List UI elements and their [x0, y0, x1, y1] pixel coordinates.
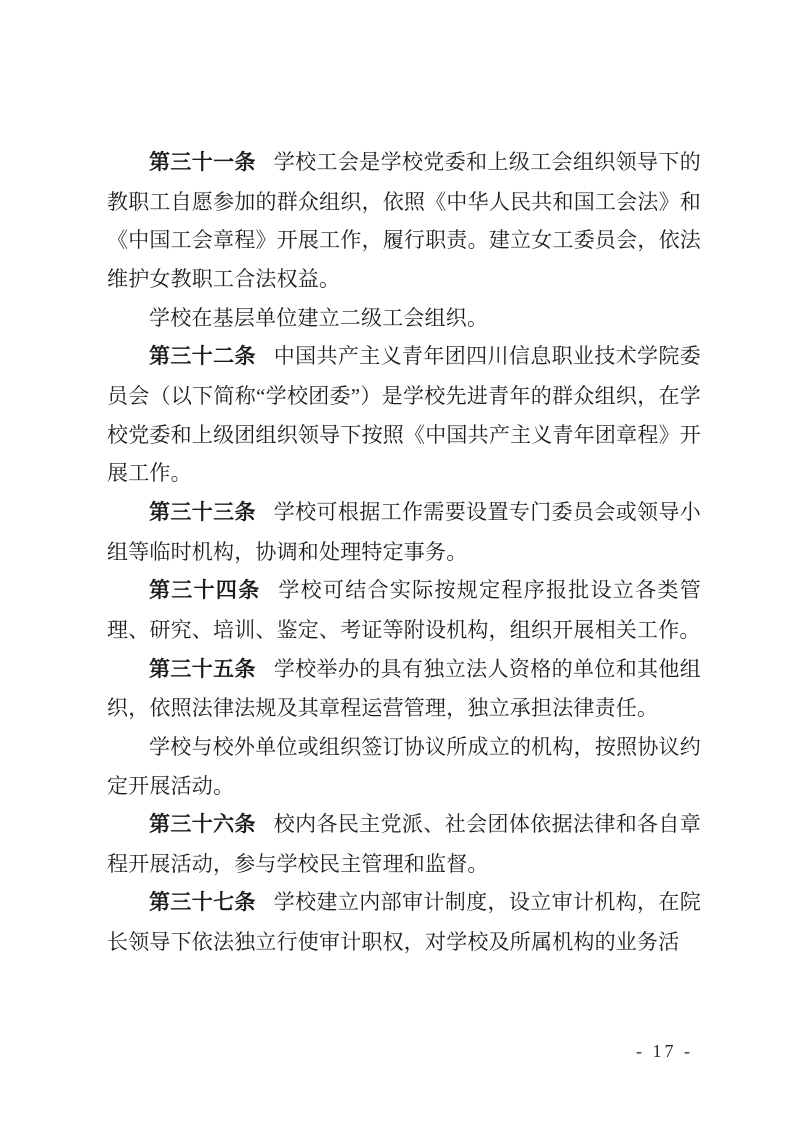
article-31-subparagraph: 学校在基层单位建立二级工会组织。: [107, 299, 701, 338]
article-34-paragraph: 第三十四条学校可结合实际按规定程序报批设立各类管理、研究、培训、鉴定、考证等附设…: [107, 571, 701, 649]
article-35-paragraph: 第三十五条学校举办的具有独立法人资格的单位和其他组织，依照法律法规及其章程运营管…: [107, 650, 701, 728]
article-34-number: 第三十四条: [149, 579, 261, 602]
article-33-paragraph: 第三十三条学校可根据工作需要设置专门委员会或领导小组等临时机构，协调和处理特定事…: [107, 493, 701, 571]
article-32-number: 第三十二条: [149, 345, 256, 368]
article-35-number: 第三十五条: [149, 658, 256, 681]
page-number: - 17 -: [636, 1040, 693, 1062]
article-37-number: 第三十七条: [149, 891, 256, 914]
article-35-subparagraph: 学校与校外单位或组织签订协议所成立的机构，按照协议约定开展活动。: [107, 728, 701, 805]
article-32-paragraph: 第三十二条中国共产主义青年团四川信息职业技术学院委员会（以下简称“学校团委”）是…: [107, 337, 701, 493]
document-body: 第三十一条学校工会是学校党委和上级工会组织领导下的教职工自愿参加的群众组织，依照…: [107, 143, 701, 962]
article-31-number: 第三十一条: [149, 151, 256, 174]
article-36-number: 第三十六条: [149, 813, 256, 836]
article-35-sub-text: 学校与校外单位或组织签订协议所成立的机构，按照协议约定开展活动。: [107, 735, 701, 798]
document-page: 第三十一条学校工会是学校党委和上级工会组织领导下的教职工自愿参加的群众组织，依照…: [0, 0, 793, 1122]
article-36-paragraph: 第三十六条校内各民主党派、社会团体依据法律和各自章程开展活动，参与学校民主管理和…: [107, 805, 701, 883]
article-31-paragraph: 第三十一条学校工会是学校党委和上级工会组织领导下的教职工自愿参加的群众组织，依照…: [107, 143, 701, 299]
article-37-paragraph: 第三十七条学校建立内部审计制度，设立审计机构，在院长领导下依法独立行使审计职权，…: [107, 883, 701, 961]
article-33-number: 第三十三条: [149, 501, 256, 524]
article-31-sub-text: 学校在基层单位建立二级工会组织。: [149, 306, 488, 330]
